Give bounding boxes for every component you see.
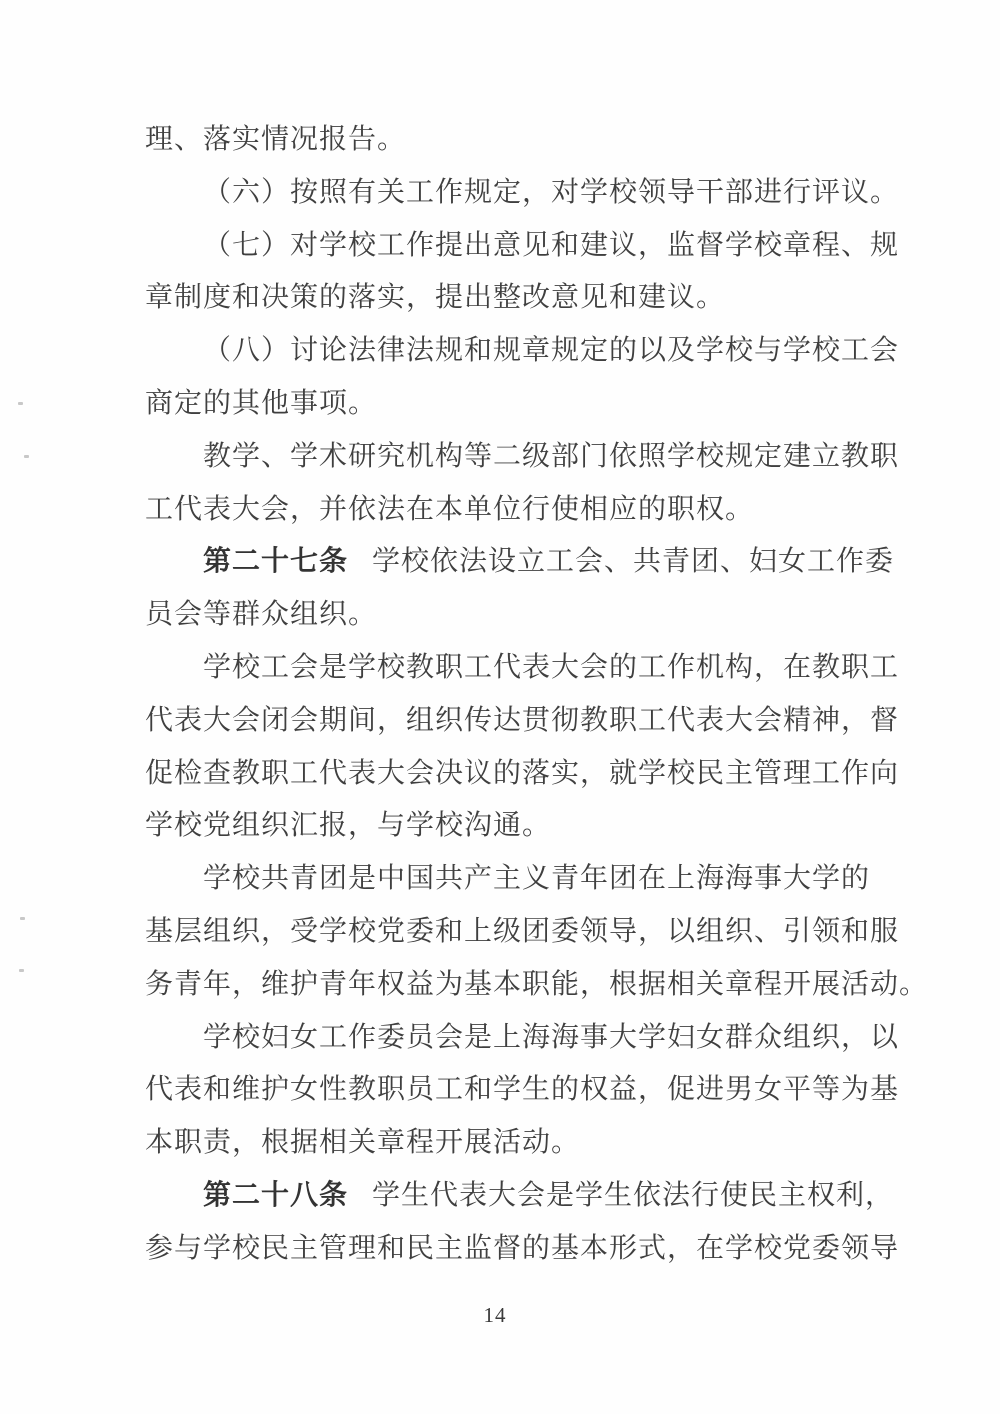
text-line: 学校妇女工作委员会是上海海事大学妇女群众组织，以 [145, 1012, 855, 1065]
line-text: 本职责，根据相关章程开展活动。 [145, 1127, 580, 1158]
line-text: （六）按照有关工作规定，对学校领导干部进行评议。 [203, 177, 899, 208]
text-line: 促检查教职工代表大会决议的落实，就学校民主管理工作向 [145, 748, 855, 801]
text-line: 学校工会是学校教职工代表大会的工作机构，在教职工 [145, 642, 855, 695]
text-line: 理、落实情况报告。 [145, 114, 855, 167]
line-text: （八）讨论法律法规和规章规定的以及学校与学校工会 [203, 335, 899, 366]
text-line: 代表和维护女性教职员工和学生的权益，促进男女平等为基 [145, 1064, 855, 1117]
line-text: 章制度和决策的落实，提出整改意见和建议。 [145, 282, 725, 313]
line-text: 务青年，维护青年权益为基本职能，根据相关章程开展活动。 [145, 969, 928, 1000]
text-line: 工代表大会，并依法在本单位行使相应的职权。 [145, 484, 855, 537]
text-line: 商定的其他事项。 [145, 378, 855, 431]
text-line: 代表大会闭会期间，组织传达贯彻教职工代表大会精神，督 [145, 695, 855, 748]
line-text: 学校妇女工作委员会是上海海事大学妇女群众组织，以 [203, 1022, 899, 1053]
line-text: 工代表大会，并依法在本单位行使相应的职权。 [145, 494, 754, 525]
text-line: 参与学校民主管理和民主监督的基本形式，在学校党委领导 [145, 1223, 855, 1276]
line-text: （七）对学校工作提出意见和建议，监督学校章程、规 [203, 230, 899, 261]
line-text: 理、落实情况报告。 [145, 124, 406, 155]
document-page: 理、落实情况报告。 （六）按照有关工作规定，对学校领导干部进行评议。 （七）对学… [0, 0, 1000, 1414]
text-line: 本职责，根据相关章程开展活动。 [145, 1117, 855, 1170]
page-number: 14 [145, 1303, 845, 1328]
line-text: 员会等群众组织。 [145, 599, 377, 630]
text-line: 第二十七条学校依法设立工会、共青团、妇女工作委 [145, 536, 855, 589]
line-text: 参与学校民主管理和民主监督的基本形式，在学校党委领导 [145, 1233, 899, 1264]
line-text: 学校工会是学校教职工代表大会的工作机构，在教职工 [203, 652, 899, 683]
article-number: 第二十七条 [203, 546, 372, 577]
scan-speck [19, 969, 24, 972]
text-line: 员会等群众组织。 [145, 589, 855, 642]
article-number: 第二十八条 [203, 1180, 372, 1211]
line-text: 学校党组织汇报，与学校沟通。 [145, 810, 551, 841]
line-text: 学校依法设立工会、共青团、妇女工作委 [372, 546, 894, 577]
text-line: （六）按照有关工作规定，对学校领导干部进行评议。 [145, 167, 855, 220]
text-line: 务青年，维护青年权益为基本职能，根据相关章程开展活动。 [145, 959, 855, 1012]
text-line: （七）对学校工作提出意见和建议，监督学校章程、规 [145, 220, 855, 273]
scan-speck [24, 455, 29, 458]
text-line: 学校共青团是中国共产主义青年团在上海海事大学的 [145, 853, 855, 906]
line-text: 代表和维护女性教职员工和学生的权益，促进男女平等为基 [145, 1074, 899, 1105]
text-line: 第二十八条学生代表大会是学生依法行使民主权利， [145, 1170, 855, 1223]
text-line: 教学、学术研究机构等二级部门依照学校规定建立教职 [145, 431, 855, 484]
text-line: 学校党组织汇报，与学校沟通。 [145, 800, 855, 853]
line-text: 教学、学术研究机构等二级部门依照学校规定建立教职 [203, 441, 899, 472]
text-line: 章制度和决策的落实，提出整改意见和建议。 [145, 272, 855, 325]
line-text: 学生代表大会是学生依法行使民主权利， [372, 1180, 894, 1211]
scan-speck [20, 917, 25, 920]
line-text: 基层组织，受学校党委和上级团委领导，以组织、引领和服 [145, 916, 899, 947]
line-text: 促检查教职工代表大会决议的落实，就学校民主管理工作向 [145, 758, 899, 789]
text-line: （八）讨论法律法规和规章规定的以及学校与学校工会 [145, 325, 855, 378]
line-text: 商定的其他事项。 [145, 388, 377, 419]
line-text: 学校共青团是中国共产主义青年团在上海海事大学的 [203, 863, 870, 894]
text-line: 基层组织，受学校党委和上级团委领导，以组织、引领和服 [145, 906, 855, 959]
scan-speck [18, 402, 23, 405]
document-body: 理、落实情况报告。 （六）按照有关工作规定，对学校领导干部进行评议。 （七）对学… [145, 114, 855, 1276]
line-text: 代表大会闭会期间，组织传达贯彻教职工代表大会精神，督 [145, 705, 899, 736]
